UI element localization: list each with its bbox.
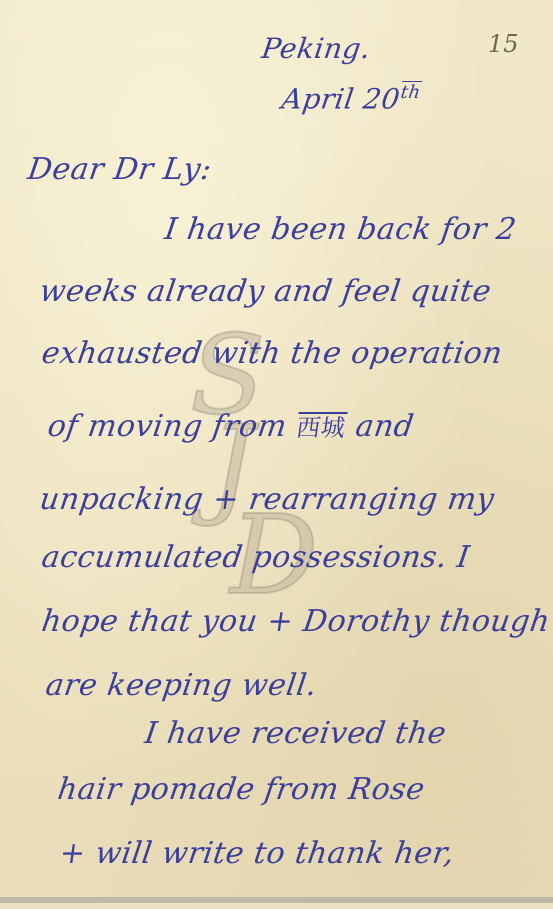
and-text: and bbox=[353, 409, 416, 444]
page-bottom-edge bbox=[0, 897, 553, 903]
body-line-9: I have received the bbox=[143, 716, 449, 751]
body-line-3: exhausted with the operation bbox=[40, 336, 505, 371]
body-line-7: hope that you + Dorothy though bbox=[40, 604, 553, 639]
body-line-2: weeks already and feel quite bbox=[38, 274, 494, 309]
folio-number: 15 bbox=[488, 30, 519, 58]
date-text: April 20 bbox=[280, 82, 403, 115]
body-line-5: unpacking + rearranging my bbox=[38, 482, 497, 517]
place-heading: Peking. bbox=[260, 32, 373, 65]
body-line-4: of moving from 西城 and bbox=[45, 408, 416, 444]
body-line-10: hair pomade from Rose bbox=[56, 772, 427, 807]
body-line-11: + will write to thank her, bbox=[58, 836, 457, 871]
body-line-6: accumulated possessions. I bbox=[40, 540, 472, 575]
date-heading: April 20th bbox=[280, 82, 422, 115]
moving-from-text: of moving from bbox=[45, 409, 289, 444]
chinese-characters: 西城 bbox=[295, 414, 348, 442]
salutation: Dear Dr Ly: bbox=[26, 152, 214, 187]
body-line-8: are keeping well. bbox=[44, 668, 320, 703]
date-suffix: th bbox=[399, 82, 422, 103]
letter-page: S J D 15 Peking. April 20th Dear Dr Ly: … bbox=[0, 0, 553, 903]
body-line-1: I have been back for 2 bbox=[163, 212, 519, 247]
